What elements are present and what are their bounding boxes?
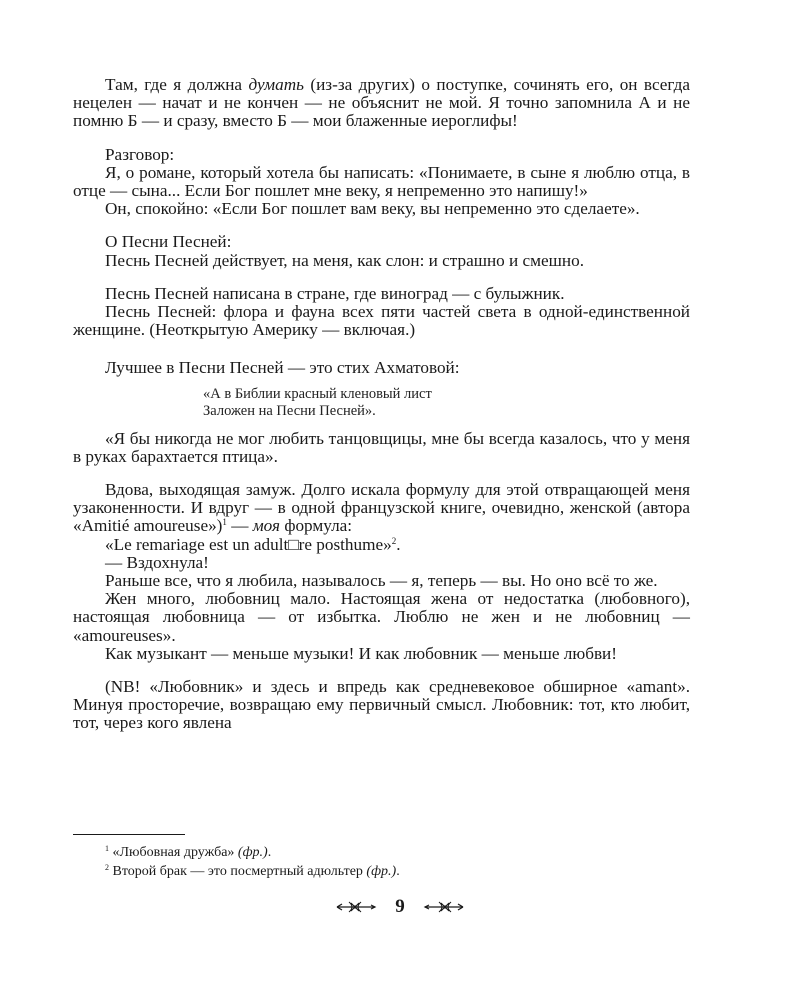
footnote-2: 2 Второй брак — это посмертный адюльтер … <box>105 862 665 881</box>
paragraph: Песнь Песней действует, на меня, как сло… <box>73 252 690 270</box>
paragraph: Жен много, любовниц мало. Настоящая жена… <box>73 590 690 645</box>
spacer <box>73 131 690 146</box>
text-run: . <box>268 845 272 860</box>
paragraph: О Песни Песней: <box>73 233 690 251</box>
text-run: . <box>396 535 400 554</box>
paragraph: Песнь Песней: флора и фауна всех пяти ча… <box>73 303 690 339</box>
spacer <box>73 339 690 359</box>
floral-ornament-left-icon <box>335 899 377 915</box>
page-folio: 9 <box>0 896 800 918</box>
footnote-number: 1 <box>105 844 109 853</box>
footnote-divider <box>73 834 185 835</box>
text-run: Там, где я должна <box>105 75 248 94</box>
paragraph: Песнь Песней написана в стране, где вино… <box>73 285 690 303</box>
page-body: Там, где я должна думать (из-за других) … <box>73 76 690 733</box>
footnote-lang: (фр.) <box>366 864 396 879</box>
paragraph: «Le remariage est un adult□re posthume»2… <box>73 536 690 554</box>
italic-text: моя <box>253 516 280 535</box>
paragraph: Вдова, выходящая замуж. Долго искала фор… <box>73 481 690 536</box>
paragraph: Лучшее в Песни Песней — это стих Ахматов… <box>73 359 690 377</box>
verse-quote: «А в Библии красный кленовый лист Заложе… <box>73 386 690 420</box>
spacer <box>73 663 690 678</box>
paragraph: — Вздохнула! <box>73 554 690 572</box>
verse-line: Заложен на Песни Песней». <box>203 403 690 420</box>
footnotes: 1 «Любовная дружба» (фр.). 2 Второй брак… <box>105 843 665 881</box>
page-number: 9 <box>395 896 405 918</box>
floral-ornament-right-icon <box>423 899 465 915</box>
footnote-lang: (фр.) <box>238 845 268 860</box>
spacer <box>73 466 690 481</box>
text-run: формула: <box>280 516 352 535</box>
paragraph: Он, спокойно: «Если Бог пошлет вам веку,… <box>73 200 690 218</box>
text-run: «Le remariage est un adult□re posthume» <box>105 535 392 554</box>
spacer <box>73 270 690 285</box>
text-run: . <box>396 864 400 879</box>
paragraph: Я, о романе, который хотела бы написать:… <box>73 164 690 200</box>
paragraph: Раньше все, что я любила, называлось — я… <box>73 572 690 590</box>
footnote-text: Второй брак — это посмертный адюльтер <box>113 864 367 879</box>
text-run: Вдова, выходящая замуж. Долго искала фор… <box>73 480 690 535</box>
paragraph: (NB! «Любовник» и здесь и впредь как сре… <box>73 678 690 733</box>
footnote-text: «Любовная дружба» <box>113 845 238 860</box>
paragraph: «Я бы никогда не мог любить танцовщицы, … <box>73 430 690 466</box>
text-run: — <box>227 516 253 535</box>
footnote-number: 2 <box>105 863 109 872</box>
spacer <box>73 218 690 233</box>
paragraph: Разговор: <box>73 146 690 164</box>
footnote-1: 1 «Любовная дружба» (фр.). <box>105 843 665 862</box>
verse-line: «А в Библии красный кленовый лист <box>203 386 690 403</box>
italic-text: думать <box>248 75 303 94</box>
paragraph: Там, где я должна думать (из-за других) … <box>73 76 690 131</box>
paragraph: Как музыкант — меньше музыки! И как любо… <box>73 645 690 663</box>
